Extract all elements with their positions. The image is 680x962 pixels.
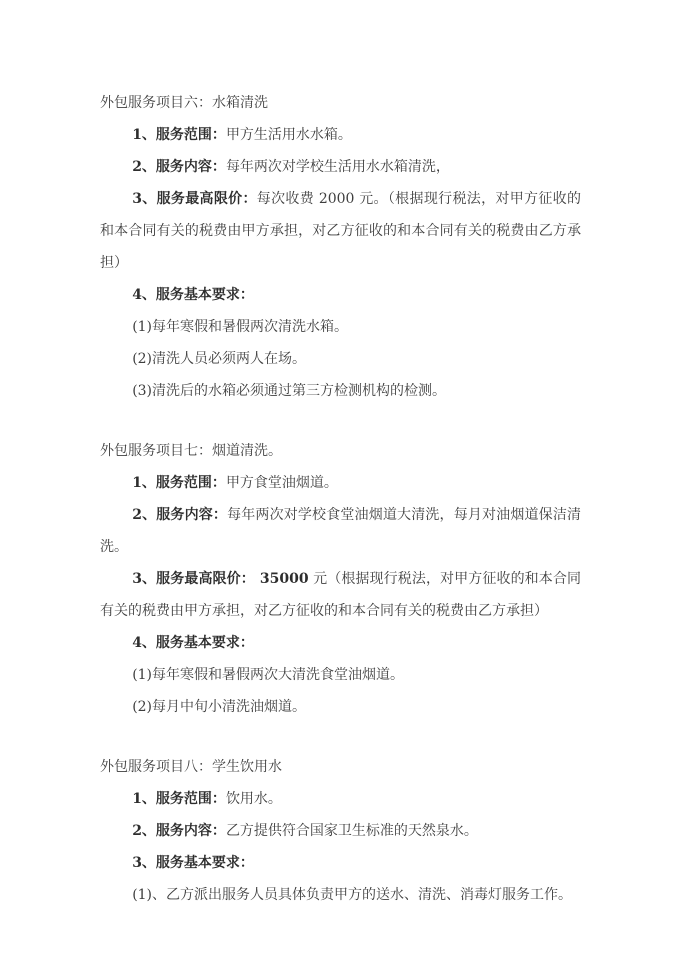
clause-paragraph: (1)每年寒假和暑假两次清洗水箱。 <box>100 311 581 343</box>
clause-paragraph: (2)每月中旬小清洗油烟道。 <box>100 691 581 723</box>
clause-paragraph: 3、服务基本要求： <box>100 847 581 879</box>
clause-text: (3)清洗后的水箱必须通过第三方检测机构的检测。 <box>132 383 446 399</box>
clause-label: 4、服务基本要求： <box>132 635 254 651</box>
clause-text: (1)每年寒假和暑假两次大清洗食堂油烟道。 <box>132 667 404 683</box>
clause-paragraph: 2、服务内容：每年两次对学校生活用水水箱清洗， <box>100 151 581 183</box>
clause-paragraph: 1、服务范围：甲方食堂油烟道。 <box>100 467 581 499</box>
clause-paragraph: 3、服务最高限价：每次收费 2000 元。（根据现行税法，对甲方征收的和本合同有… <box>100 183 581 279</box>
clause-text: 甲方食堂油烟道。 <box>226 475 338 491</box>
clause-label: 3、服务基本要求： <box>132 855 254 871</box>
clause-paragraph: 1、服务范围：甲方生活用水水箱。 <box>100 119 581 151</box>
clause-paragraph: 3、服务最高限价： 35000 元（根据现行税法，对甲方征收的和本合同有关的税费… <box>100 563 581 627</box>
clause-paragraph: (2)清洗人员必须两人在场。 <box>100 343 581 375</box>
contract-section: 外包服务项目七：烟道清洗。1、服务范围：甲方食堂油烟道。2、服务内容：每年两次对… <box>100 435 581 723</box>
document-page: 外包服务项目六：水箱清洗1、服务范围：甲方生活用水水箱。2、服务内容：每年两次对… <box>100 87 581 911</box>
clause-label: 1、服务范围： <box>132 475 226 491</box>
clause-label: 3、服务最高限价： <box>132 571 255 587</box>
clause-text: 每年两次对学校生活用水水箱清洗， <box>226 159 450 175</box>
clause-label: 3、服务最高限价： <box>132 191 257 207</box>
clause-text: (2)清洗人员必须两人在场。 <box>132 351 306 367</box>
clause-text: 甲方生活用水水箱。 <box>226 127 352 143</box>
clause-text: (1)每年寒假和暑假两次清洗水箱。 <box>132 319 348 335</box>
clause-label: 1、服务范围： <box>132 791 226 807</box>
clause-paragraph: (1)、乙方派出服务人员具体负责甲方的送水、清洗、消毒灯服务工作。 <box>100 879 581 911</box>
clause-text: (2)每月中旬小清洗油烟道。 <box>132 699 306 715</box>
clause-text: (1)、乙方派出服务人员具体负责甲方的送水、清洗、消毒灯服务工作。 <box>132 887 572 903</box>
clause-text: 乙方提供符合国家卫生标准的天然泉水。 <box>226 823 478 839</box>
clause-text: 饮用水。 <box>226 791 282 807</box>
clause-label: 2、服务内容： <box>132 507 227 523</box>
contract-section: 外包服务项目六：水箱清洗1、服务范围：甲方生活用水水箱。2、服务内容：每年两次对… <box>100 87 581 407</box>
section-title: 外包服务项目六：水箱清洗 <box>100 87 581 119</box>
clause-paragraph: 4、服务基本要求： <box>100 279 581 311</box>
clause-paragraph: 2、服务内容：每年两次对学校食堂油烟道大清洗，每月对油烟道保洁清洗。 <box>100 499 581 563</box>
clause-label: 4、服务基本要求： <box>132 287 254 303</box>
contract-section: 外包服务项目八：学生饮用水1、服务范围：饮用水。2、服务内容：乙方提供符合国家卫… <box>100 751 581 911</box>
clause-label: 2、服务内容： <box>132 823 226 839</box>
section-title: 外包服务项目八：学生饮用水 <box>100 751 581 783</box>
section-title: 外包服务项目七：烟道清洗。 <box>100 435 581 467</box>
clause-label: 1、服务范围： <box>132 127 226 143</box>
clause-paragraph: 1、服务范围：饮用水。 <box>100 783 581 815</box>
clause-label: 2、服务内容： <box>132 159 226 175</box>
clause-label: 35000 <box>255 571 309 587</box>
clause-paragraph: (1)每年寒假和暑假两次大清洗食堂油烟道。 <box>100 659 581 691</box>
clause-paragraph: 4、服务基本要求： <box>100 627 581 659</box>
clause-paragraph: (3)清洗后的水箱必须通过第三方检测机构的检测。 <box>100 375 581 407</box>
clause-paragraph: 2、服务内容：乙方提供符合国家卫生标准的天然泉水。 <box>100 815 581 847</box>
